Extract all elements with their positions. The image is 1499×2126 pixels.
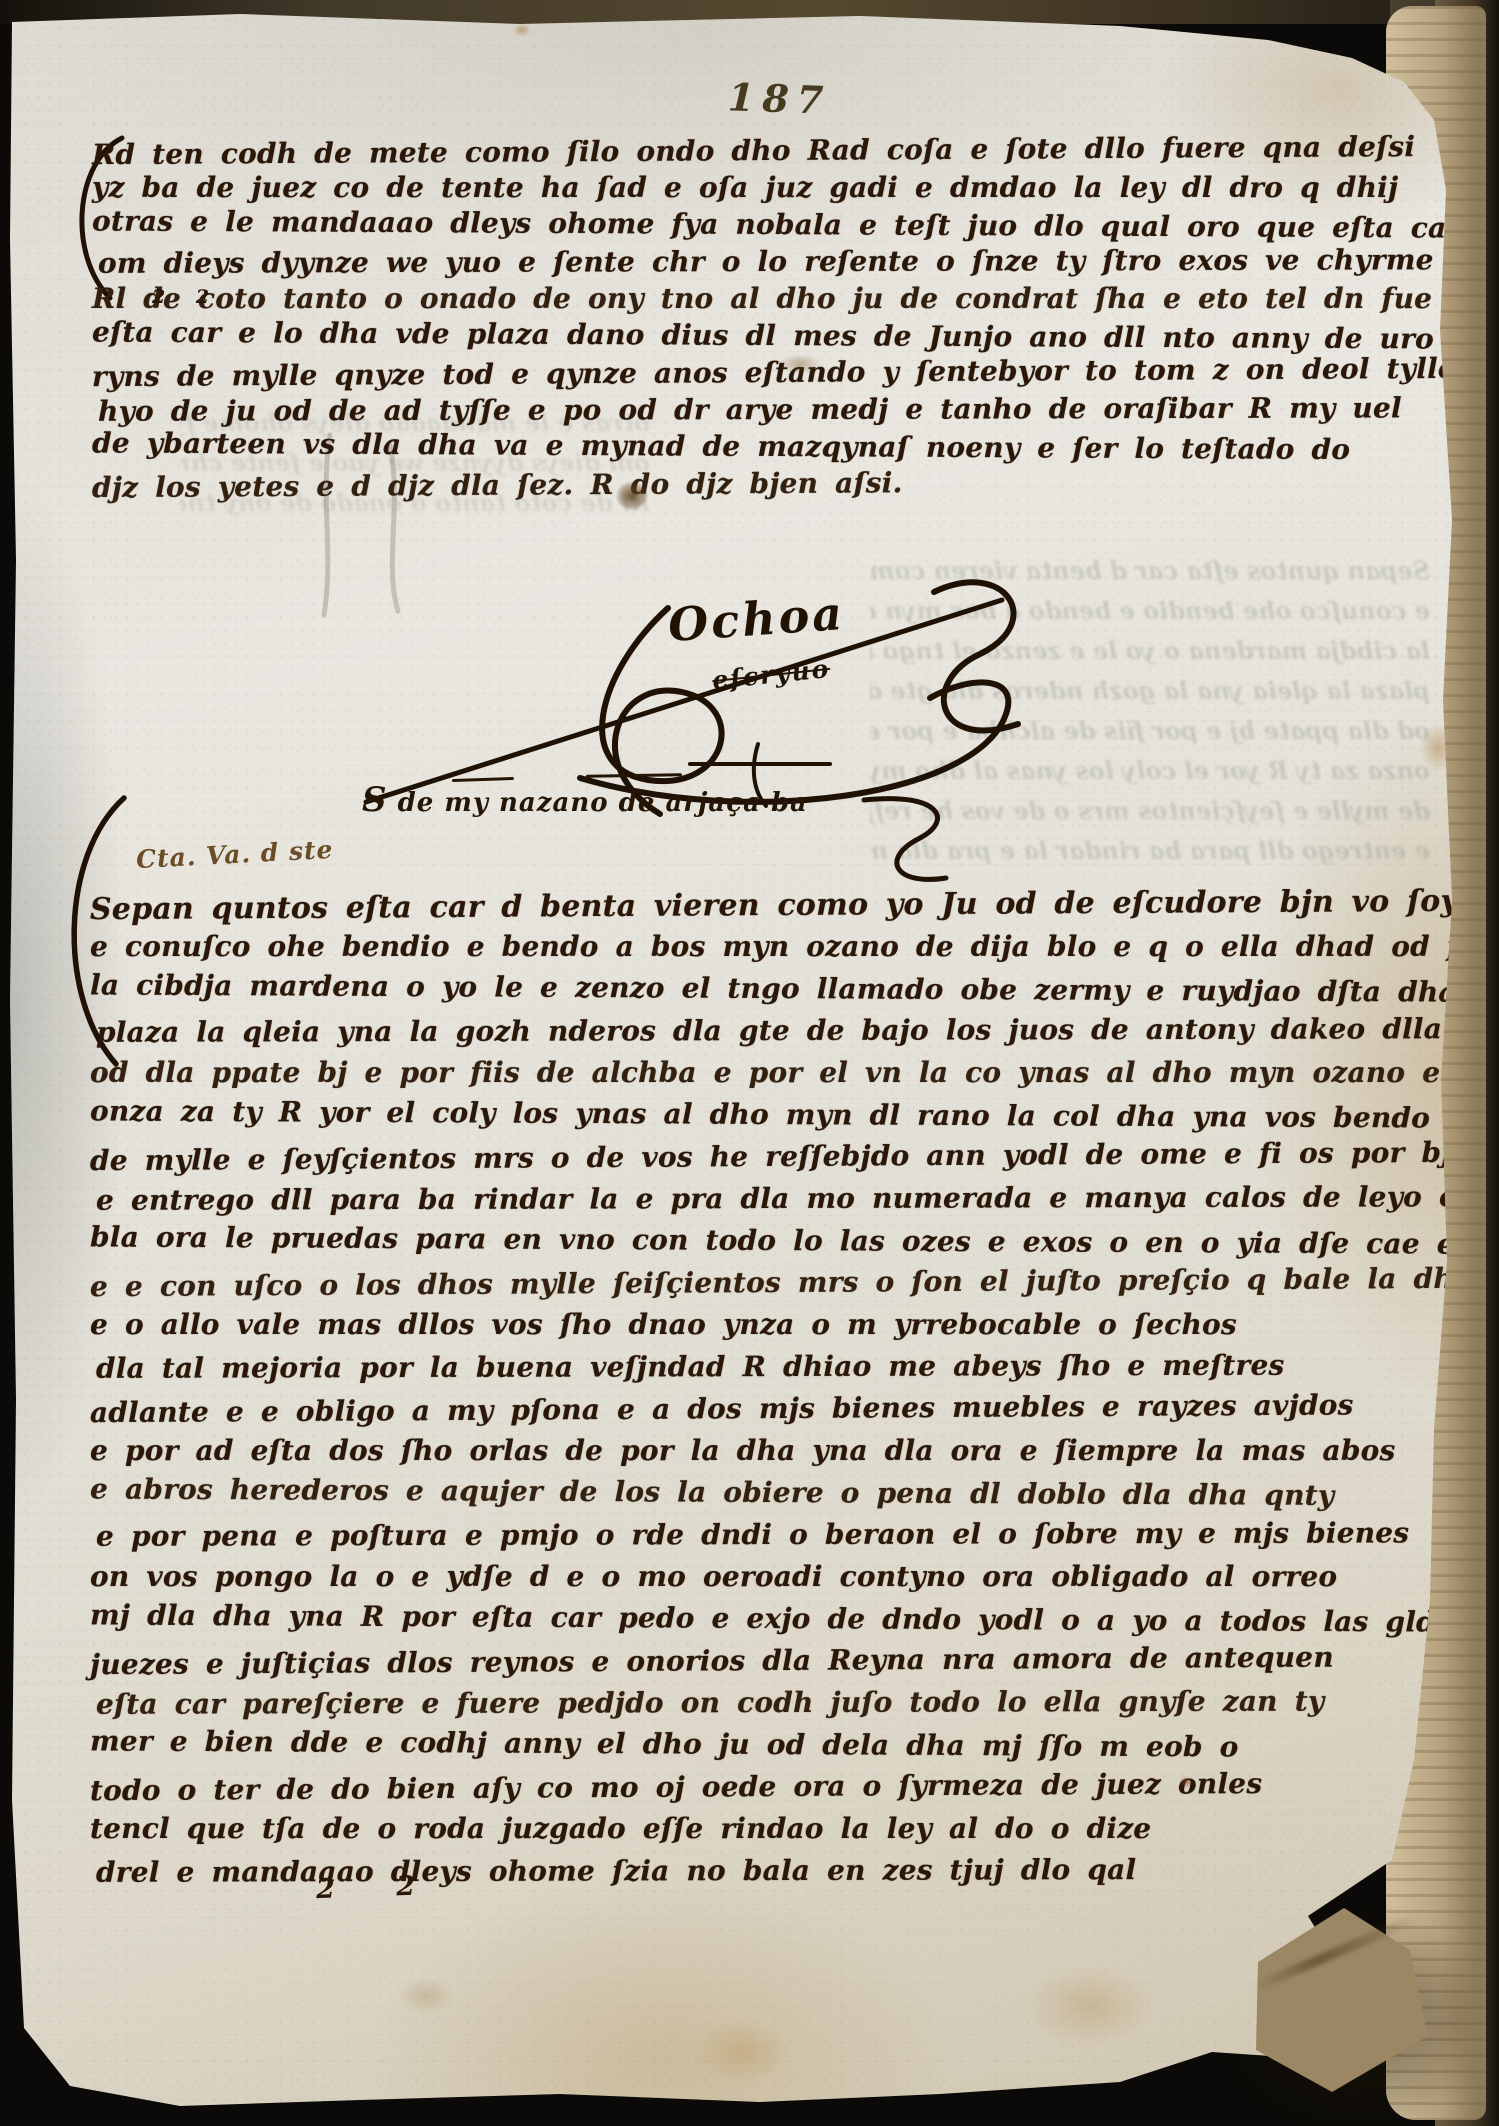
manuscript-line: om dieys dyynze we yuo e ſente chr o lo … <box>98 243 1458 284</box>
manuscript-photo: Sepan quntos eſta car d benta vieren com… <box>0 0 1499 2126</box>
manuscript-line: e entrego dll para ba rindar la e pra dl… <box>96 1180 1460 1226</box>
manuscript-line: om dieys dyynze we yuo e ſente chr o lo … <box>180 448 650 488</box>
caption-end-flourish <box>850 790 980 900</box>
manuscript-page: Sepan quntos eſta car d benta vieren com… <box>0 0 1499 2126</box>
manuscript-line: e por ad eſta dos ſho orlas de por la dh… <box>90 1434 1454 1476</box>
signature-rubric-flourish <box>330 556 1070 896</box>
caption-text: de my nazano de arjaça ba <box>398 788 808 818</box>
manuscript-line: plaza la qleia yna la gozh nderos dla gt… <box>96 1012 1460 1058</box>
abbreviation-macron <box>452 777 514 782</box>
manuscript-line: Rl de coto tanto o onado de ony tno al d… <box>92 282 1452 319</box>
manuscript-line: e e con uſco o los dhos mylle ſeiſçiento… <box>90 1262 1454 1312</box>
manuscript-line: mj dla dha yna R por eſta car pedo e exj… <box>90 1598 1454 1647</box>
manuscript-line: e o allo vale mas dllos vos ſho dnao ynz… <box>90 1308 1454 1350</box>
abbreviation-macron <box>586 773 682 778</box>
manuscript-line: od dla ppate bj e por fiis de alchba e p… <box>870 716 1430 756</box>
manuscript-line: onza za ty R yor el coly los ynas al dho… <box>870 756 1430 796</box>
document2-text-block: Sepan quntos eſta car d benta vieren com… <box>90 888 1454 1896</box>
manuscript-line: e conuſco ohe bendio e bendo a bos myn o… <box>870 596 1430 636</box>
document1-text-block: Rd ten codh de mete como ſilo ondo dho R… <box>92 134 1452 504</box>
verso-show-through: otras e le mandaaao dleys ohome fya noba… <box>180 408 650 528</box>
manuscript-line: e por pena e poſtura e pmjo o rde dndi o… <box>96 1516 1460 1562</box>
faint-sketch-marks <box>300 425 460 625</box>
manuscript-line: otras e le mandaaao dleys ohome fya noba… <box>92 204 1452 248</box>
opening-bracket-flourish <box>58 788 142 1078</box>
signature-caption: Sde my nazano de arjaça ba <box>362 780 808 820</box>
manuscript-line: Sepan quntos eſta car d benta vieren com… <box>870 556 1430 596</box>
manuscript-line: Rd ten codh de mete como ſilo ondo dho R… <box>92 130 1452 175</box>
signature-name: Ochoa <box>666 586 846 652</box>
manuscript-line: la cibdja mardena o yo le e zenzo el tng… <box>870 636 1430 676</box>
manuscript-line: otras e le mandaaao dleys ohome fya noba… <box>180 408 650 448</box>
manuscript-line: ryns de mylle qnyze tod e qynze anos eſt… <box>92 352 1452 397</box>
opening-bracket-flourish <box>70 126 140 316</box>
caption-initial: S <box>362 780 388 820</box>
manuscript-line: de mylle e ſeyſçientos mrs o de vos he r… <box>870 796 1430 836</box>
manuscript-line: od dla ppate bj e por fiis de alchba e p… <box>90 1056 1454 1098</box>
manuscript-line: todo o ter de do bien aſy co mo oj oede … <box>90 1766 1454 1816</box>
manuscript-line: mer e bien dde e codhj anny el dho ju od… <box>90 1724 1454 1773</box>
manuscript-line: e abros herederos e aqujer de los la obi… <box>90 1472 1454 1521</box>
manuscript-line: drel e mandaaao dleys ohome ſzia no bala… <box>96 1852 1460 1898</box>
signature-title: eſcryuo <box>711 654 832 695</box>
manuscript-line: hyo de ju od de ad tyſſe e po od dr arye… <box>98 391 1458 432</box>
manuscript-line: eſta car pareſçiere e fuere pedjdo on co… <box>96 1684 1460 1730</box>
manuscript-line: de mylle e ſeyſçientos mrs o de vos he r… <box>90 1136 1454 1186</box>
folio-number: 187 <box>727 74 832 123</box>
manuscript-line: Rl de coto tanto o onado de ony tno al d… <box>180 488 650 528</box>
manuscript-line: dla tal mejoria por la buena veſjndad R … <box>96 1348 1460 1394</box>
manuscript-line: adlante e e obligo a my pſona e a dos mj… <box>90 1388 1454 1438</box>
verso-show-through: Sepan quntos eſta car d benta vieren com… <box>870 556 1430 876</box>
manuscript-line: plaza la qleia yna la gozh nderos dla gt… <box>870 676 1430 716</box>
cross-mark <box>680 740 850 810</box>
manuscript-line: onza za ty R yor el coly los ynas al dho… <box>90 1094 1454 1143</box>
subscript-marks: 2 2 <box>152 286 221 308</box>
manuscript-line: e conuſco ohe bendio e bendo a bos myn o… <box>90 930 1454 972</box>
manuscript-line: de ybarteen vs dla dha va e mynad de maz… <box>92 426 1452 470</box>
manuscript-line: bla ora le pruedas para en vno con todo … <box>90 1220 1454 1269</box>
manuscript-line: juezes e juſtiçias dlos reynos e onorios… <box>90 1640 1454 1690</box>
manuscript-line: eſta car e lo dha vde plaza dano dius dl… <box>92 315 1452 359</box>
manuscript-line: Sepan quntos eſta car d benta vieren com… <box>90 884 1454 934</box>
margin-heading: Cta. Va. d ste <box>135 835 334 874</box>
manuscript-line: djz los yetes e d djz dla ſez. R do djz … <box>92 463 1452 508</box>
subscript-marks: 2 2 <box>315 1870 441 1905</box>
manuscript-line: yz ba de juez co de tente ha ſad e oſa j… <box>92 171 1452 208</box>
manuscript-line: la cibdja mardena o yo le e zenzo el tng… <box>90 968 1454 1017</box>
manuscript-line: e entrego dll para ba rindar la e pra dl… <box>870 836 1430 876</box>
manuscript-line: on vos pongo la o e ydſe d e o mo oeroad… <box>90 1560 1454 1602</box>
manuscript-line: tencl que tſa de o roda juzgado eſſe rin… <box>90 1812 1454 1854</box>
